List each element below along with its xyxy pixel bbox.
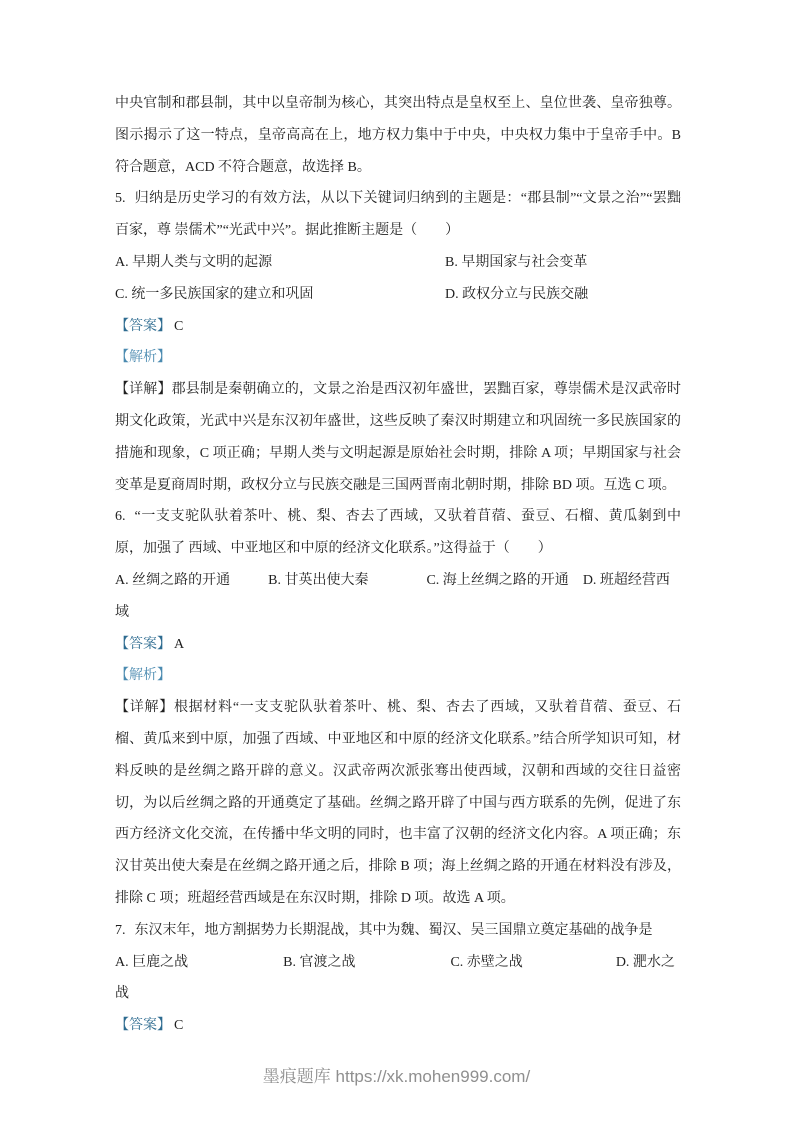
question-6-number: 6. (115, 509, 126, 524)
question-7-option-d: D. 淝水之战 (115, 955, 675, 1002)
question-6-option-b: B. 甘英出使大秦 (268, 573, 368, 588)
question-5-detail-paragraph: 【详解】郡县制是秦朝确立的，文景之治是西汉初年盛世，罢黜百家，尊崇儒术是汉武帝时… (115, 374, 681, 501)
question-7-stem-text: 东汉末年，地方割据势力长期混战，其中为魏、蜀汉、吴三国鼎立奠定基础的战争是 (135, 923, 653, 938)
question-6-answer-line: 【答案】A (115, 629, 681, 661)
exam-content: 中央官制和郡县制，其中以皇帝制为核心，其突出特点是皇权至上、皇位世袭、皇帝独尊。… (115, 88, 681, 1042)
question-5-option-a: A. 早期人类与文明的起源 (115, 247, 445, 279)
question-6-stem: 6.“一支支驼队驮着茶叶、桃、梨、杏去了西域，又驮着苜蓿、蚕豆、石榴、黄瓜剶到中… (115, 501, 681, 565)
question-5-answer-line: 【答案】C (115, 311, 681, 343)
question-5-analysis-line: 【解析】 (115, 342, 681, 374)
answer-label: 【答案】 (115, 637, 171, 652)
question-6-options: A. 丝绸之路的开通B. 甘英出使大秦C. 海上丝绸之路的开通D. 班超经营西域 (115, 565, 681, 629)
answer-label: 【答案】 (115, 1018, 171, 1033)
question-6-option-c: C. 海上丝绸之路的开通 (426, 573, 568, 588)
question-5-options-row-1: A. 早期人类与文明的起源 B. 早期国家与社会变革 (115, 247, 681, 279)
question-5-detail-text: 郡县制是秦朝确立的，文景之治是西汉初年盛世，罢黜百家，尊崇儒术是汉武帝时期文化政… (115, 382, 681, 492)
watermark-text: 墨痕题库 https://xk.mohen999.com/ (263, 1067, 530, 1086)
question-5-stem: 5.归纳是历史学习的有效方法，从以下关键词归纳到的主题是：“郡县制”“文景之治”… (115, 183, 681, 247)
question-5-option-b: B. 早期国家与社会变革 (445, 247, 587, 279)
question-7-answer-value: C (174, 1018, 183, 1033)
question-5-option-c: C. 统一多民族国家的建立和巩固 (115, 279, 445, 311)
question-7-option-b: B. 官渡之战 (283, 955, 355, 970)
question-7-stem: 7.东汉末年，地方割据势力长期混战，其中为魏、蜀汉、吴三国鼎立奠定基础的战争是 (115, 915, 681, 947)
explanation-tail-paragraph: 中央官制和郡县制，其中以皇帝制为核心，其突出特点是皇权至上、皇位世袭、皇帝独尊。… (115, 88, 681, 183)
question-5-answer-value: C (174, 319, 183, 334)
question-7-option-c: C. 赤壁之战 (450, 955, 522, 970)
question-5-option-d: D. 政权分立与民族交融 (445, 279, 588, 311)
question-7-answer-line: 【答案】C (115, 1010, 681, 1042)
question-7-option-a: A. 巨鹿之战 (115, 955, 188, 970)
detail-label: 【详解】 (115, 700, 174, 715)
question-6-answer-value: A (174, 637, 184, 652)
answer-label: 【答案】 (115, 319, 171, 334)
question-7-number: 7. (115, 923, 126, 938)
watermark-footer: 墨痕题库 https://xk.mohen999.com/ (0, 1062, 793, 1087)
question-6-stem-text: “一支支驼队驮着茶叶、桃、梨、杏去了西域，又驮着苜蓿、蚕豆、石榴、黄瓜剶到中原，… (115, 509, 681, 556)
question-7-options: A. 巨鹿之战B. 官渡之战C. 赤壁之战D. 淝水之战 (115, 947, 681, 1011)
analysis-label: 【解析】 (115, 668, 171, 683)
question-6-detail-text: 根据材料“一支支驼队驮着茶叶、桃、梨、杏去了西域，又驮着苜蓿、蚕豆、石榴、黄瓜来… (115, 700, 681, 906)
question-5-options-row-2: C. 统一多民族国家的建立和巩固 D. 政权分立与民族交融 (115, 279, 681, 311)
analysis-label: 【解析】 (115, 350, 171, 365)
question-6-detail-paragraph: 【详解】根据材料“一支支驼队驮着茶叶、桃、梨、杏去了西域，又驮着苜蓿、蚕豆、石榴… (115, 692, 681, 915)
detail-label: 【详解】 (115, 382, 172, 397)
question-5-stem-text: 归纳是历史学习的有效方法，从以下关键词归纳到的主题是：“郡县制”“文景之治”“罢… (115, 191, 681, 238)
question-6-analysis-line: 【解析】 (115, 660, 681, 692)
question-5-number: 5. (115, 191, 126, 206)
document-page: 中央官制和郡县制，其中以皇帝制为核心，其突出特点是皇权至上、皇位世袭、皇帝独尊。… (0, 0, 793, 1122)
question-6-option-a: A. 丝绸之路的开通 (115, 573, 230, 588)
